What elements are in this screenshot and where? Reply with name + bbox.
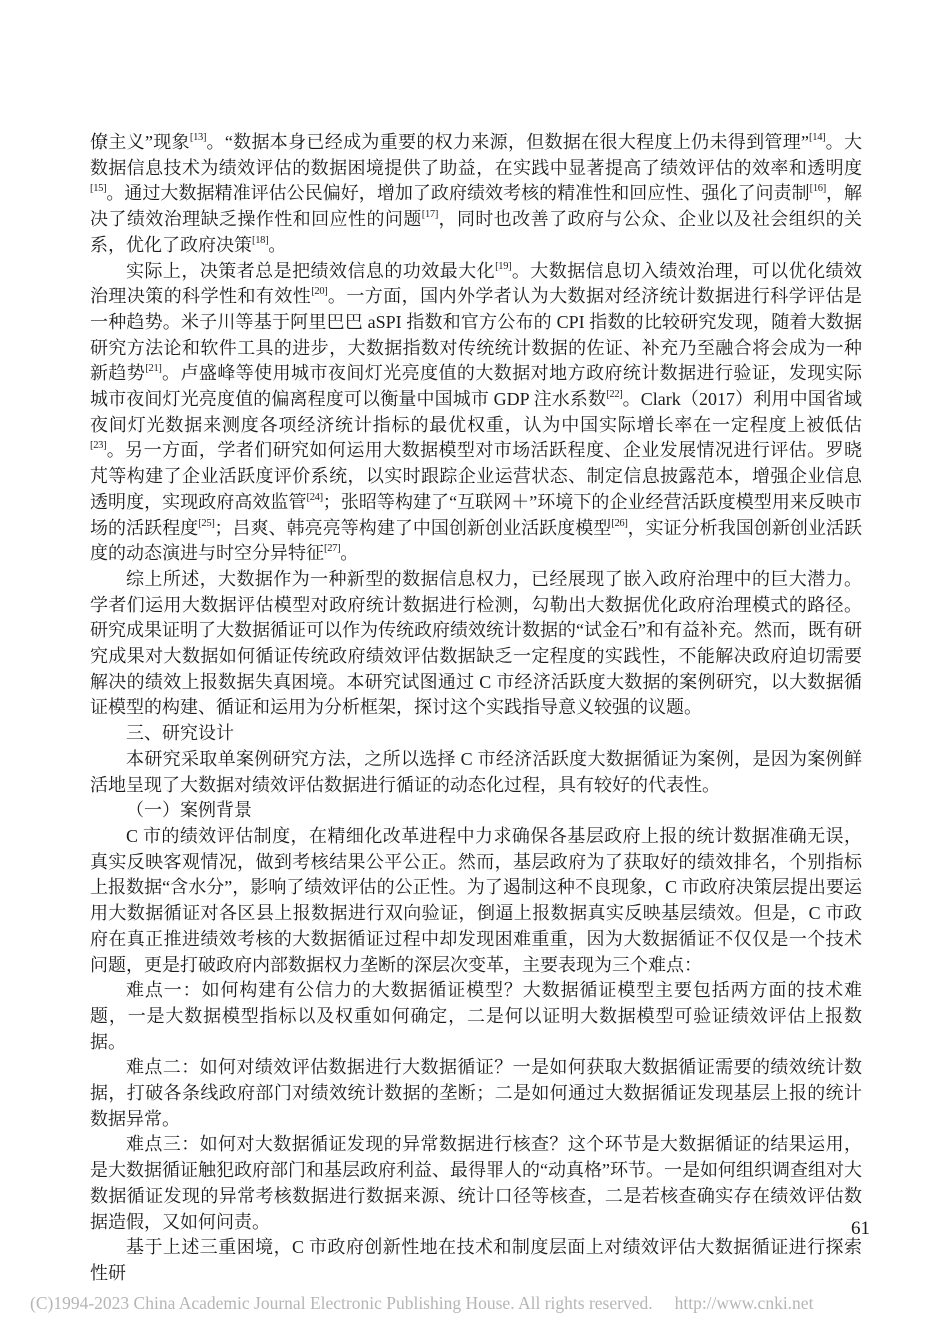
paragraph: 本研究采取单案例研究方法，之所以选择 C 市经济活跃度大数据循证为案例，是因为案…	[90, 747, 862, 798]
citation-ref: [24]	[307, 492, 323, 503]
paragraph: 难点三：如何对大数据循证发现的异常数据进行核查？这个环节是大数据循证的结果运用，…	[90, 1132, 862, 1235]
paragraph: 综上所述，大数据作为一种新型的数据信息权力，已经展现了嵌入政府治理中的巨大潜力。…	[90, 567, 862, 721]
citation-ref: [27]	[324, 543, 340, 554]
citation-ref: [14]	[809, 132, 825, 143]
citation-ref: [17]	[422, 209, 438, 220]
paragraph: C 市的绩效评估制度，在精细化改革进程中力求确保各基层政府上报的统计数据准确无误…	[90, 824, 862, 978]
paragraph: 难点一：如何构建有公信力的大数据循证模型？大数据循证模型主要包括两方面的技术难题…	[90, 978, 862, 1055]
paragraph: 基于上述三重困境，C 市政府创新性地在技术和制度层面上对绩效评估大数据循证进行探…	[90, 1235, 862, 1286]
citation-ref: [25]	[198, 518, 214, 529]
footer-copyright: (C)1994-2023 China Academic Journal Elec…	[30, 1293, 653, 1313]
citation-ref: [16]	[810, 183, 826, 194]
citation-ref: [18]	[252, 235, 268, 246]
paper-page: 僚主义”现象[13]。“数据本身已经成为重要的权力来源，但数据在很大程度上仍未得…	[0, 0, 950, 1344]
citation-ref: [15]	[90, 183, 106, 194]
citation-ref: [19]	[495, 261, 511, 272]
citation-ref: [23]	[90, 440, 106, 451]
citation-ref: [21]	[145, 363, 161, 374]
paragraph: 僚主义”现象[13]。“数据本身已经成为重要的权力来源，但数据在很大程度上仍未得…	[90, 130, 862, 259]
citation-ref: [20]	[311, 286, 327, 297]
footer-url: http://www.cnki.net	[675, 1293, 814, 1313]
section-heading: （一）案例背景	[90, 798, 862, 824]
document-body: 僚主义”现象[13]。“数据本身已经成为重要的权力来源，但数据在很大程度上仍未得…	[90, 130, 862, 1287]
citation-ref: [26]	[611, 518, 627, 529]
citation-ref: [22]	[606, 389, 622, 400]
footer: (C)1994-2023 China Academic Journal Elec…	[30, 1293, 920, 1314]
section-heading: 三、研究设计	[90, 721, 862, 747]
page-number: 61	[851, 1218, 870, 1240]
paragraph: 实际上，决策者总是把绩效信息的功效最大化[19]。大数据信息切入绩效治理，可以优…	[90, 259, 862, 567]
paragraph: 难点二：如何对绩效评估数据进行大数据循证？一是如何获取大数据循证需要的绩效统计数…	[90, 1055, 862, 1132]
citation-ref: [13]	[190, 132, 206, 143]
